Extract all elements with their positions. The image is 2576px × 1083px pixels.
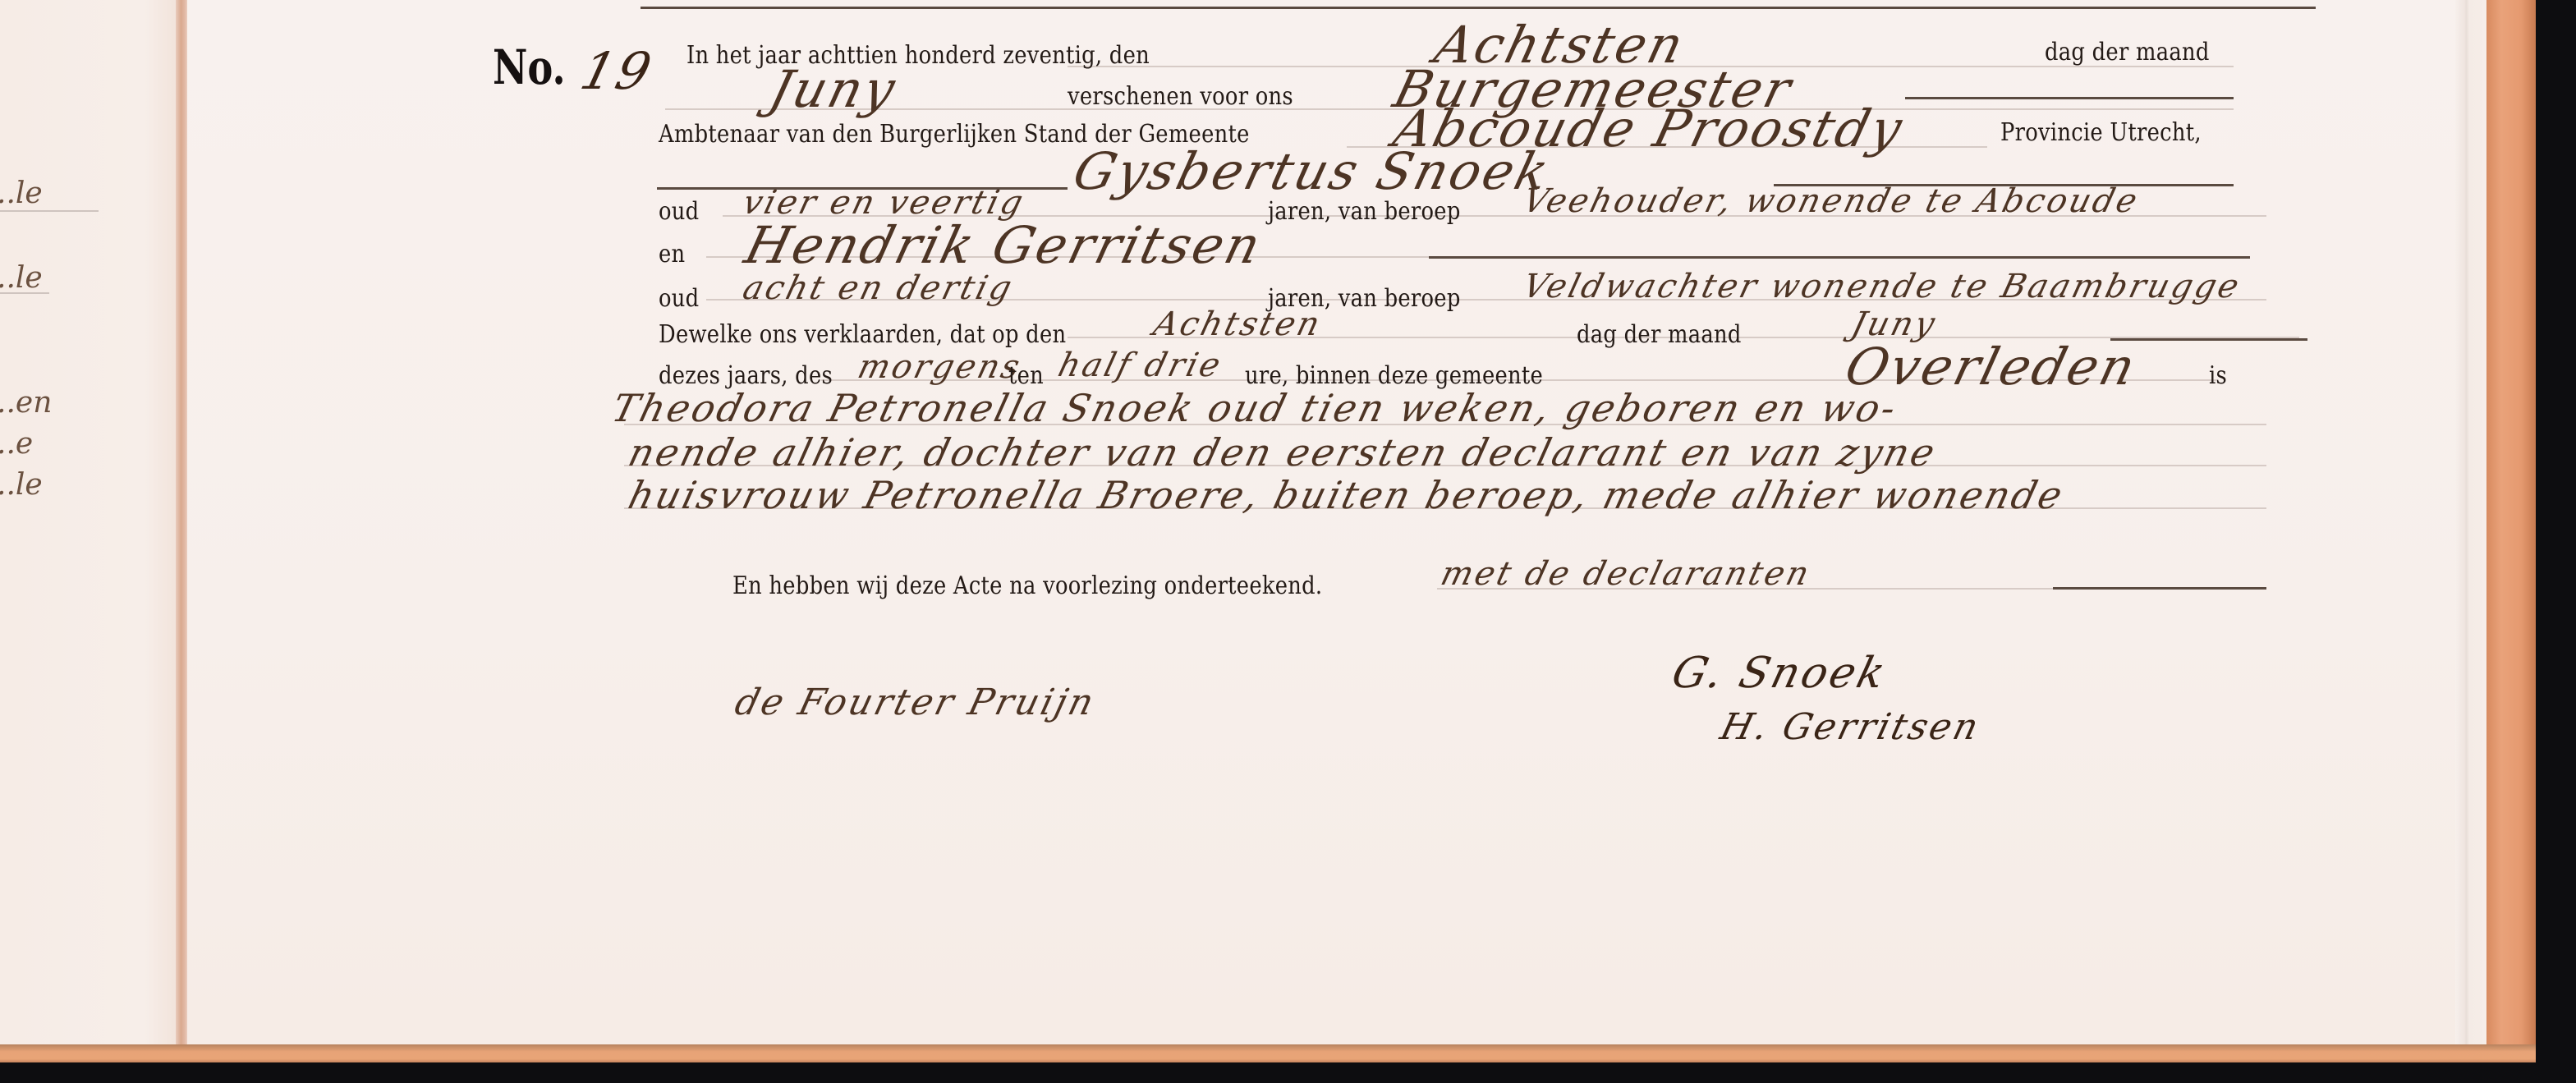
handwritten-closing: met de declaranten [1437,555,1815,593]
printed-provincie: Provincie Utrecht, [2000,118,2202,147]
fill-rule [1429,256,2250,259]
fill-rule [1905,97,2234,99]
printed-closing: En hebben wij deze Acte na voorlezing on… [732,571,1322,600]
left-page [0,0,181,1051]
printed-dag-der-maand-2: dag der maand [1577,320,1742,349]
handwritten-body-line-2: nende alhier, dochter van den eersten de… [624,430,1941,475]
printed-jaren-beroep-1: jaren, van beroep [1268,197,1461,226]
signature-declarant-1: G. Snoek [1667,649,1892,698]
handwritten-body-line-3: huisvrouw Petronella Broere, buiten bero… [624,473,2069,517]
printed-oud: oud [659,197,699,226]
handwritten-body-line-1: Theodora Petronella Snoek oud tien weken… [608,386,1903,430]
signature-declarant-2: H. Gerritsen [1716,706,1985,748]
left-page-fragment: ..e [0,427,33,461]
printed-dag-der-maand: dag der maand [2045,38,2210,67]
previous-record-rule [641,7,2316,9]
printed-oud-2: oud [659,284,699,313]
handwritten-declarant-1-name: Gysbertus Snoek [1068,141,1557,201]
left-page-fragment: ..le [0,261,43,295]
left-page-rule [0,210,99,212]
printed-dewelke: Dewelke ons verklaarden, dat op den [659,320,1066,349]
handwritten-occupation-2: Veldwachter wonende te Baambrugge [1519,268,2245,305]
left-page-fragment: ..le [0,468,43,502]
record-number-label: No. [493,39,566,95]
book-edge-right [2486,0,2536,1059]
signature-official: de Fourter Pruijn [731,681,1100,723]
handwritten-age-2: acht en dertig [739,269,1017,307]
printed-en: en [659,240,685,268]
handwritten-occupation-1: Veehouder, wonende te Abcoude [1519,182,2143,220]
handwritten-month: Juny [764,59,903,119]
handwritten-event-day: Achtsten [1150,305,1326,343]
fill-rule [2053,587,2266,590]
printed-line-1: In het jaar achttien honderd zeventig, d… [686,41,1150,70]
printed-is: is [2209,361,2227,390]
left-page-fragment: ..le [0,177,43,210]
handwritten-time-of-day: morgens [854,348,1026,386]
printed-verschenen: verschenen voor ons [1068,82,1293,111]
handwritten-declarant-2-name: Hendrik Gerritsen [739,215,1269,275]
book-edge-bottom [0,1044,2536,1062]
page-fold [2455,0,2486,1044]
left-page-fragment: ..en [0,386,52,420]
handwritten-hour: half drie [1054,346,1227,384]
